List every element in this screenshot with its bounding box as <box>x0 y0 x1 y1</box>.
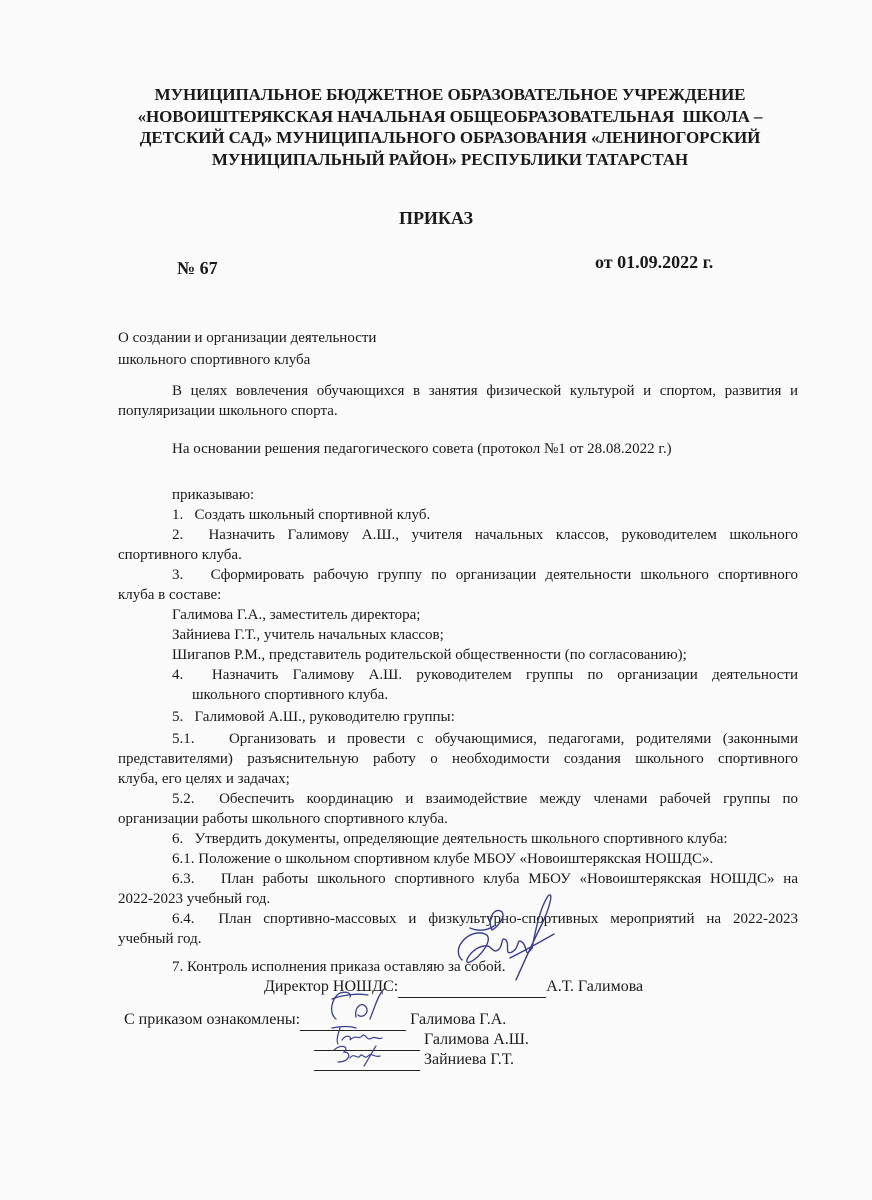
acknowledged-label: С приказом ознакомлены: <box>124 1011 300 1028</box>
member-3: Шигапов Р.М., представитель родительской… <box>172 645 687 665</box>
item-5-2: 5.2. Обеспечить координацию и взаимодейс… <box>172 789 798 809</box>
acknowledged-name: Галимова А.Ш. <box>424 1031 529 1048</box>
member-1: Галимова Г.А., заместитель директора; <box>172 605 420 625</box>
signature-line <box>314 1050 420 1071</box>
acknowledged-name: Зайниева Г.Т. <box>424 1051 514 1068</box>
item-2-cont: спортивного клуба. <box>118 545 242 565</box>
basis-paragraph: На основании решения педагогического сов… <box>172 439 672 459</box>
subject-line: О создании и организации деятельности <box>118 327 376 349</box>
item-5-1-cont: представителями) разъяснительную работу … <box>118 749 798 769</box>
item-3-cont: клуба в составе: <box>118 585 221 605</box>
order-word: приказываю: <box>172 485 254 505</box>
acknowledged-row: Галимова А.Ш. <box>314 1030 529 1051</box>
scanned-order-document: МУНИЦИПАЛЬНОЕ БЮДЖЕТНОЕ ОБРАЗОВАТЕЛЬНОЕ … <box>0 0 872 1200</box>
institution-header: МУНИЦИПАЛЬНОЕ БЮДЖЕТНОЕ ОБРАЗОВАТЕЛЬНОЕ … <box>110 84 790 170</box>
header-line: «НОВОИШТЕРЯКСКАЯ НАЧАЛЬНАЯ ОБЩЕОБРАЗОВАТ… <box>110 106 790 128</box>
item-6-3: 6.3. План работы школьного спортивного к… <box>172 869 798 889</box>
item-7: 7. Контроль исполнения приказа оставляю … <box>172 957 505 977</box>
director-signature-row: Директор НОШДС: А.Т. Галимова <box>264 977 643 998</box>
signature-line <box>398 977 546 998</box>
item-5-2-cont: организации работы школьного спортивного… <box>118 809 448 829</box>
item-4: 4. Назначить Галимову А.Ш. руководителем… <box>172 665 798 685</box>
member-2: Зайниева Г.Т., учитель начальных классов… <box>172 625 444 645</box>
preamble-paragraph: В целях вовлечения обучающихся в занятия… <box>118 381 798 421</box>
header-line: МУНИЦИПАЛЬНЫЙ РАЙОН» РЕСПУБЛИКИ ТАТАРСТА… <box>110 149 790 171</box>
item-5-1: 5.1. Организовать и провести с обучающим… <box>172 729 798 749</box>
director-name: А.Т. Галимова <box>546 978 643 995</box>
item-6-3-cont: 2022-2023 учебный год. <box>118 889 270 909</box>
acknowledged-name: Галимова Г.А. <box>410 1011 506 1028</box>
document-title: ПРИКАЗ <box>0 208 872 229</box>
item-6-4-cont: учебный год. <box>118 929 201 949</box>
signature-line <box>300 1010 406 1031</box>
acknowledged-label-row: С приказом ознакомлены: Галимова Г.А. <box>124 1010 506 1031</box>
item-2: 2. Назначить Галимову А.Ш., учителя нача… <box>172 525 798 545</box>
item-3: 3. Сформировать рабочую группу по органи… <box>172 565 798 585</box>
item-6: 6. Утвердить документы, определяющие дея… <box>172 829 728 849</box>
acknowledged-row: Зайниева Г.Т. <box>314 1050 514 1071</box>
header-line: ДЕТСКИЙ САД» МУНИЦИПАЛЬНОГО ОБРАЗОВАНИЯ … <box>110 127 790 149</box>
signature-line <box>314 1030 420 1051</box>
order-subject: О создании и организации деятельности шк… <box>118 327 376 371</box>
subject-line: школьного спортивного клуба <box>118 349 376 371</box>
order-number: № 67 <box>177 258 218 279</box>
item-1: 1. Создать школьный спортивной клуб. <box>172 505 430 525</box>
item-4-cont: школьного спортивного клуба. <box>192 685 388 705</box>
header-line: МУНИЦИПАЛЬНОЕ БЮДЖЕТНОЕ ОБРАЗОВАТЕЛЬНОЕ … <box>110 84 790 106</box>
item-5-1-cont2: клуба, его целях и задачах; <box>118 769 290 789</box>
order-date: от 01.09.2022 г. <box>595 252 713 273</box>
director-label: Директор НОШДС: <box>264 978 398 995</box>
item-6-1: 6.1. Положение о школьном спортивном клу… <box>172 849 713 869</box>
item-6-4: 6.4. План спортивно-массовых и физкульту… <box>172 909 798 929</box>
item-5: 5. Галимовой А.Ш., руководителю группы: <box>172 707 455 727</box>
